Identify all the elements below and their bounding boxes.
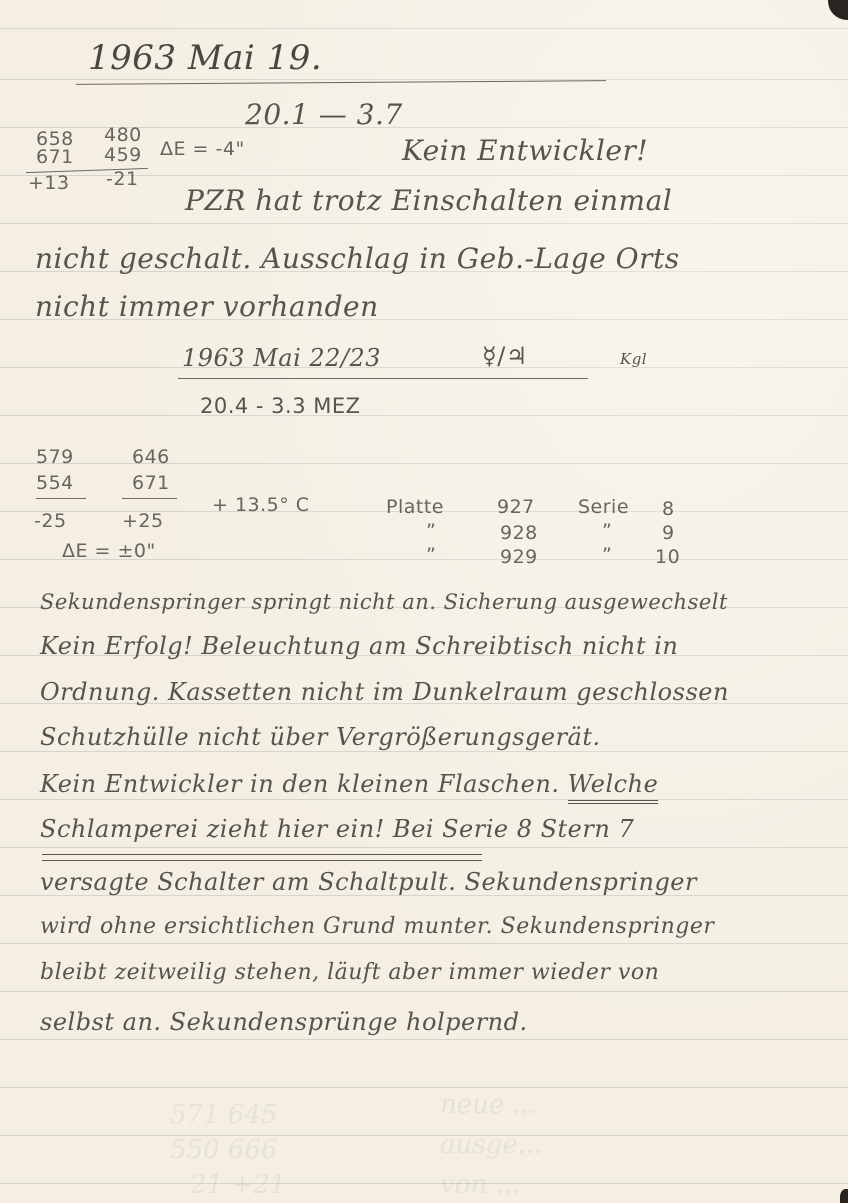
entry1-calc-result: +13: [28, 172, 70, 194]
entry1-date-heading: 1963 Mai 19.: [88, 38, 322, 78]
entry1-text-line: nicht geschalt. Ausschlag in Geb.-Lage O…: [35, 242, 680, 275]
entry2-text-line: Sekundenspringer springt nicht an. Siche…: [40, 590, 728, 614]
entry2-text-line: bleibt zeitweilig stehen, läuft aber imm…: [40, 960, 659, 985]
bleed-through-text: 21 +21: [190, 1170, 286, 1200]
plate-number: 927: [497, 496, 535, 518]
serie-label: ”: [602, 520, 612, 542]
bleed-through-text: neue ...: [440, 1090, 537, 1120]
entry2-text-line: Schlamperei zieht hier ein! Bei Serie 8 …: [40, 815, 634, 843]
underlined-phrase: Welche: [568, 770, 659, 804]
entry2-text-line: Kein Erfolg! Beleuchtung am Schreibtisch…: [40, 632, 678, 660]
entry2-calc-value: 671: [132, 472, 170, 494]
sum-line: [122, 498, 177, 499]
entry2-temperature: + 13.5° C: [212, 494, 310, 516]
heading-underline: [76, 80, 606, 85]
plate-label: Platte: [386, 496, 444, 518]
entry2-margin-note: Kgl: [620, 350, 647, 368]
entry2-time-range: 20.4 - 3.3 MEZ: [200, 394, 361, 418]
serie-label: ”: [602, 544, 612, 566]
entry1-calc-value: 480: [104, 124, 142, 146]
notebook-page: 571 645 550 666 21 +21 neue ... ausge...…: [0, 0, 848, 1203]
entry1-calc-result: -21: [106, 168, 139, 190]
entry2-text-segment: Kein Entwickler in den kleinen Flaschen.: [40, 770, 568, 798]
entry2-calc-value: 579: [36, 446, 74, 468]
page-corner-shadow: [828, 0, 848, 20]
entry2-calc-result: -25: [34, 510, 67, 532]
serie-number: 8: [662, 498, 675, 520]
plate-number: 929: [500, 546, 538, 568]
entry2-delta: ΔE = ±0": [62, 540, 156, 562]
entry2-text-line: selbst an. Sekundensprünge holpernd.: [40, 1008, 528, 1036]
page-corner-shadow: [840, 1189, 848, 1203]
serie-number: 10: [655, 546, 680, 568]
entry1-calc-value: 459: [104, 144, 142, 166]
entry1-calc-value: 671: [36, 146, 74, 168]
entry2-calc-result: +25: [122, 510, 164, 532]
entry1-delta: ΔE = -4": [160, 138, 245, 160]
entry2-text-line: versagte Schalter am Schaltpult. Sekunde…: [40, 868, 697, 896]
entry2-text-line: wird ohne ersichtlichen Grund munter. Se…: [40, 914, 714, 939]
entry2-calc-value: 646: [132, 446, 170, 468]
entry2-text-line: Schutzhülle nicht über Vergrößerungsgerä…: [40, 723, 601, 751]
sum-line: [36, 498, 86, 499]
plate-number: 928: [500, 522, 538, 544]
bleed-through-text: 571 645: [170, 1100, 278, 1130]
entry1-time-range: 20.1 — 3.7: [245, 98, 403, 131]
bleed-through-text: 550 666: [170, 1135, 278, 1165]
entry1-exclamation: Kein Entwickler!: [402, 134, 648, 167]
bleed-through-text: ausge...: [440, 1130, 542, 1160]
double-underline: [42, 854, 482, 861]
serie-label: Serie: [578, 496, 629, 518]
entry2-text-line: Ordnung. Kassetten nicht im Dunkelraum g…: [40, 678, 729, 706]
entry1-text-line: PZR hat trotz Einschalten einmal: [185, 184, 672, 217]
entry2-text-line: Kein Entwickler in den kleinen Flaschen.…: [40, 770, 658, 798]
plate-label: ”: [426, 544, 436, 566]
entry2-weekday-symbol: ☿/♃: [482, 342, 528, 370]
entry2-calc-value: 554: [36, 472, 74, 494]
serie-number: 9: [662, 522, 675, 544]
bleed-through-text: von ...: [440, 1170, 520, 1200]
entry1-text-line: nicht immer vorhanden: [35, 290, 379, 323]
plate-label: ”: [426, 520, 436, 542]
heading-underline: [178, 378, 588, 379]
entry2-date-heading: 1963 Mai 22/23: [182, 344, 381, 372]
